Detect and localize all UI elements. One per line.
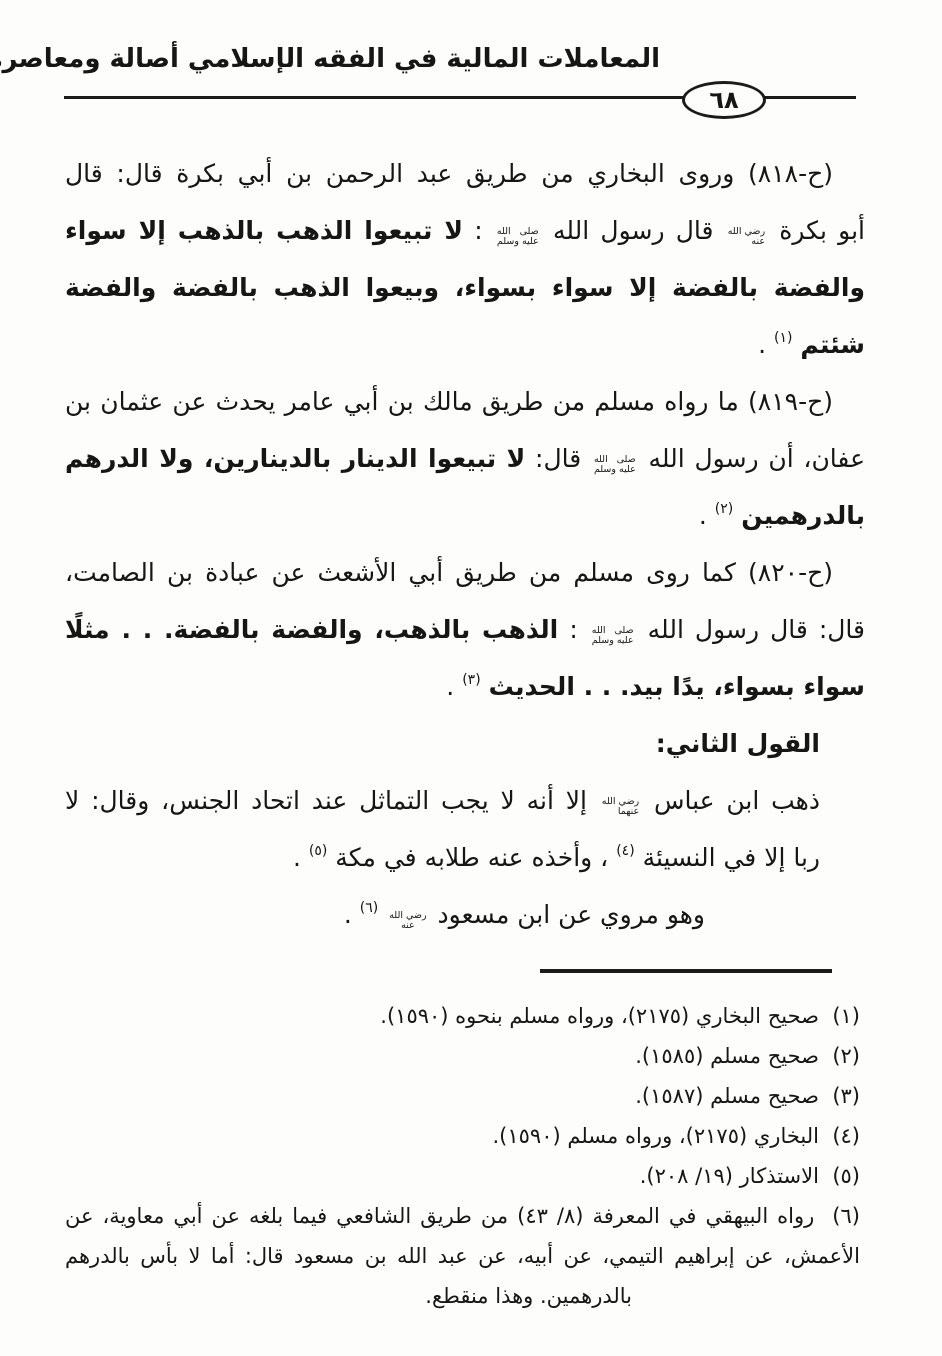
hadith-820-line-2: قال: قال رسول الله صلى الله عليه وسلم : …: [65, 601, 865, 658]
text-segment: إلا أنه لا يجب التماثل عند اتحاد الجنس، …: [65, 786, 587, 815]
honorific-saw-seal: صلى الله عليه وسلم: [594, 455, 636, 476]
honorific-radiallahu-seal: رضي الله عنه: [389, 911, 426, 932]
honorific-saw-seal: صلى الله عليه وسلم: [497, 227, 539, 248]
footnote-ref: (٦): [360, 900, 378, 916]
text-segment: (١) صحيح البخاري (٢١٧٥)، ورواه مسلم بنحو…: [380, 1004, 860, 1028]
text-segment: (ح-٨٢٠) كما روى مسلم من طريق أبي الأشعث …: [65, 558, 833, 587]
opinion-line-2: ربا إلا في النسيئة (٤) ، وأخذه عنه طلابه…: [65, 829, 820, 886]
footnote-ref: (٣): [462, 672, 480, 688]
footnotes: (١) صحيح البخاري (٢١٧٥)، ورواه مسلم بنحو…: [65, 996, 860, 1316]
page-number: ٦٨: [709, 86, 738, 114]
footnote-ref: (٤): [616, 843, 634, 859]
footnote-separator: [540, 969, 832, 973]
honorific-saw-seal: صلى الله عليه وسلم: [592, 626, 634, 647]
text-segment: بالدرهمين. وهذا منقطع.: [425, 1284, 632, 1308]
text-segment: (٥) الاستذكار (١٩/ ٢٠٨).: [640, 1164, 860, 1188]
footnote-6-line-2: الأعمش، عن إبراهيم التيمي، عن أبيه، عن ع…: [65, 1236, 860, 1276]
text-segment: أبو بكرة: [779, 216, 865, 245]
second-opinion-heading: القول الثاني:: [65, 715, 820, 772]
text-segment: قال: قال رسول الله: [648, 615, 865, 644]
text-segment: والفضة بالفضة إلا سواء بسواء، وبيعوا الذ…: [65, 273, 865, 316]
text-segment: الأعمش، عن إبراهيم التيمي، عن أبيه، عن ع…: [65, 1244, 860, 1268]
page-number-oval: ٦٨: [682, 81, 766, 119]
text-segment: ربا إلا في النسيئة: [643, 843, 820, 872]
hadith-819-line-1: (ح-٨١٩) ما رواه مسلم من طريق مالك بن أبي…: [65, 373, 833, 430]
text-segment: .: [344, 900, 352, 929]
text-segment: شئتم: [800, 330, 865, 359]
footnote-6-line-1: (٦) رواه البيهقي في المعرفة (٨/ ٤٣) من ط…: [65, 1196, 860, 1236]
text-segment: (٢) صحيح مسلم (١٥٨٥).: [635, 1044, 860, 1068]
hadith-818-line-1: (ح-٨١٨) وروى البخاري من طريق عبد الرحمن …: [65, 145, 833, 202]
text-segment: ذهب ابن عباس: [654, 786, 820, 815]
hadith-819-line-3: بالدرهمين (٢) .: [65, 487, 865, 544]
text-segment: .: [699, 501, 707, 530]
text-segment: (٦) رواه البيهقي في المعرفة (٨/ ٤٣) من ط…: [65, 1204, 860, 1228]
hadith-818-line-4: شئتم (١) .: [65, 316, 865, 373]
text-segment: :: [569, 615, 577, 644]
book-page: المعاملات المالية في الفقه الإسلامي أصال…: [0, 0, 942, 1356]
book-title: المعاملات المالية في الفقه الإسلامي أصال…: [0, 40, 660, 78]
honorific-radiallahu-seal: رضي الله عنهما: [602, 797, 639, 818]
footnote-4: (٤) البخاري (٢١٧٥)، ورواه مسلم (١٥٩٠).: [65, 1116, 860, 1156]
text-segment: قال رسول الله: [553, 216, 714, 245]
text-segment: ، وأخذه عنه طلابه في مكة: [335, 843, 608, 872]
text-segment: عفان، أن رسول الله: [649, 444, 866, 473]
honorific-radiallahu-seal: رضي الله عنه: [728, 227, 765, 248]
text-segment: .: [446, 672, 454, 701]
footnote-1: (١) صحيح البخاري (٢١٧٥)، ورواه مسلم بنحو…: [65, 996, 860, 1036]
text-segment: بالدرهمين: [741, 501, 865, 530]
footnote-5: (٥) الاستذكار (١٩/ ٢٠٨).: [65, 1156, 860, 1196]
hadith-818-line-3: والفضة بالفضة إلا سواء بسواء، وبيعوا الذ…: [65, 259, 865, 316]
text-segment: (٤) البخاري (٢١٧٥)، ورواه مسلم (١٥٩٠).: [493, 1124, 861, 1148]
text-segment: وهو مروي عن ابن مسعود: [438, 900, 705, 929]
footnote-3: (٣) صحيح مسلم (١٥٨٧).: [65, 1076, 860, 1116]
footnote-2: (٢) صحيح مسلم (١٥٨٥).: [65, 1036, 860, 1076]
hadith-820-line-1: (ح-٨٢٠) كما روى مسلم من طريق أبي الأشعث …: [65, 544, 833, 601]
hadith-820-line-3: سواء بسواء، يدًا بيد. . . الحديث (٣) .: [65, 658, 865, 715]
text-segment: (ح-٨١٩) ما رواه مسلم من طريق مالك بن أبي…: [65, 387, 833, 416]
text-segment: (٣) صحيح مسلم (١٥٨٧).: [635, 1084, 860, 1108]
text-segment: لا تبيعوا الدينار بالدينارين، ولا الدرهم: [65, 444, 525, 473]
hadith-819-line-2: عفان، أن رسول الله صلى الله عليه وسلم قا…: [65, 430, 865, 487]
text-segment: .: [293, 843, 301, 872]
hadith-818-line-2: أبو بكرة رضي الله عنه قال رسول الله صلى …: [65, 202, 865, 259]
footnote-6-line-3: بالدرهمين. وهذا منقطع.: [65, 1276, 632, 1316]
text-segment: القول الثاني:: [656, 729, 820, 758]
opinion-line-1: ذهب ابن عباس رضي الله عنهما إلا أنه لا ي…: [65, 772, 820, 829]
text-segment: (ح-٨١٨) وروى البخاري من طريق عبد الرحمن …: [65, 159, 833, 188]
footnote-ref: (١): [774, 330, 792, 346]
text-segment: .: [758, 330, 766, 359]
footnote-ref: (٥): [309, 843, 327, 859]
footnote-ref: (٢): [715, 501, 733, 517]
ibn-masud-line: وهو مروي عن ابن مسعود رضي الله عنه (٦) .: [65, 886, 705, 943]
text-segment: :: [474, 216, 482, 245]
text-segment: قال:: [535, 444, 581, 473]
text-segment: سواء بسواء، يدًا بيد. . . الحديث: [489, 672, 865, 701]
body-text: (ح-٨١٨) وروى البخاري من طريق عبد الرحمن …: [65, 145, 865, 943]
